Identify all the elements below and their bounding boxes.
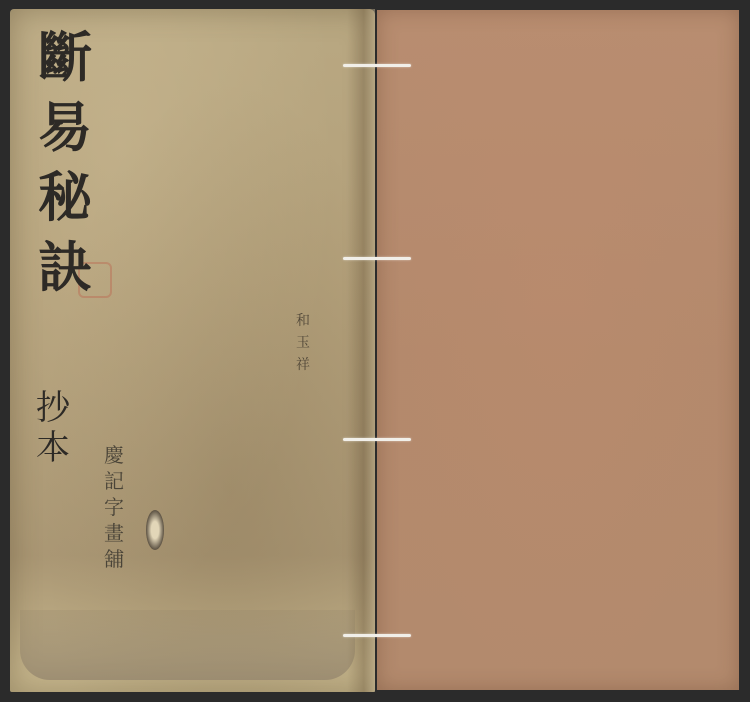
- shop-char: 記: [104, 468, 124, 494]
- title-char: 斷: [38, 22, 92, 92]
- book-subtitle: 抄 本: [36, 388, 70, 468]
- inscription-char: 祥: [296, 354, 310, 376]
- binding-thread: [343, 438, 411, 441]
- book-title: 斷 易 秘 訣: [30, 22, 100, 302]
- title-char: 訣: [38, 232, 92, 302]
- inscription-char: 和: [296, 310, 310, 332]
- spine-edge: [347, 9, 375, 692]
- shop-char: 舖: [104, 546, 124, 572]
- shop-char: 慶: [104, 442, 124, 468]
- shop-mark: 慶 記 字 畫 舖: [104, 442, 124, 572]
- shop-char: 畫: [104, 520, 124, 546]
- edge-inscription: 和 玉 祥: [296, 310, 310, 376]
- title-char: 易: [38, 92, 92, 162]
- worm-hole: [146, 510, 164, 550]
- binding-thread: [343, 634, 411, 637]
- water-stain: [20, 610, 355, 680]
- back-cover: [377, 10, 739, 690]
- binding-thread: [343, 64, 411, 67]
- subtitle-char: 本: [36, 428, 70, 468]
- shop-char: 字: [104, 494, 124, 520]
- title-char: 秘: [38, 162, 92, 232]
- subtitle-char: 抄: [36, 388, 70, 428]
- binding-thread: [343, 257, 411, 260]
- inscription-char: 玉: [296, 332, 310, 354]
